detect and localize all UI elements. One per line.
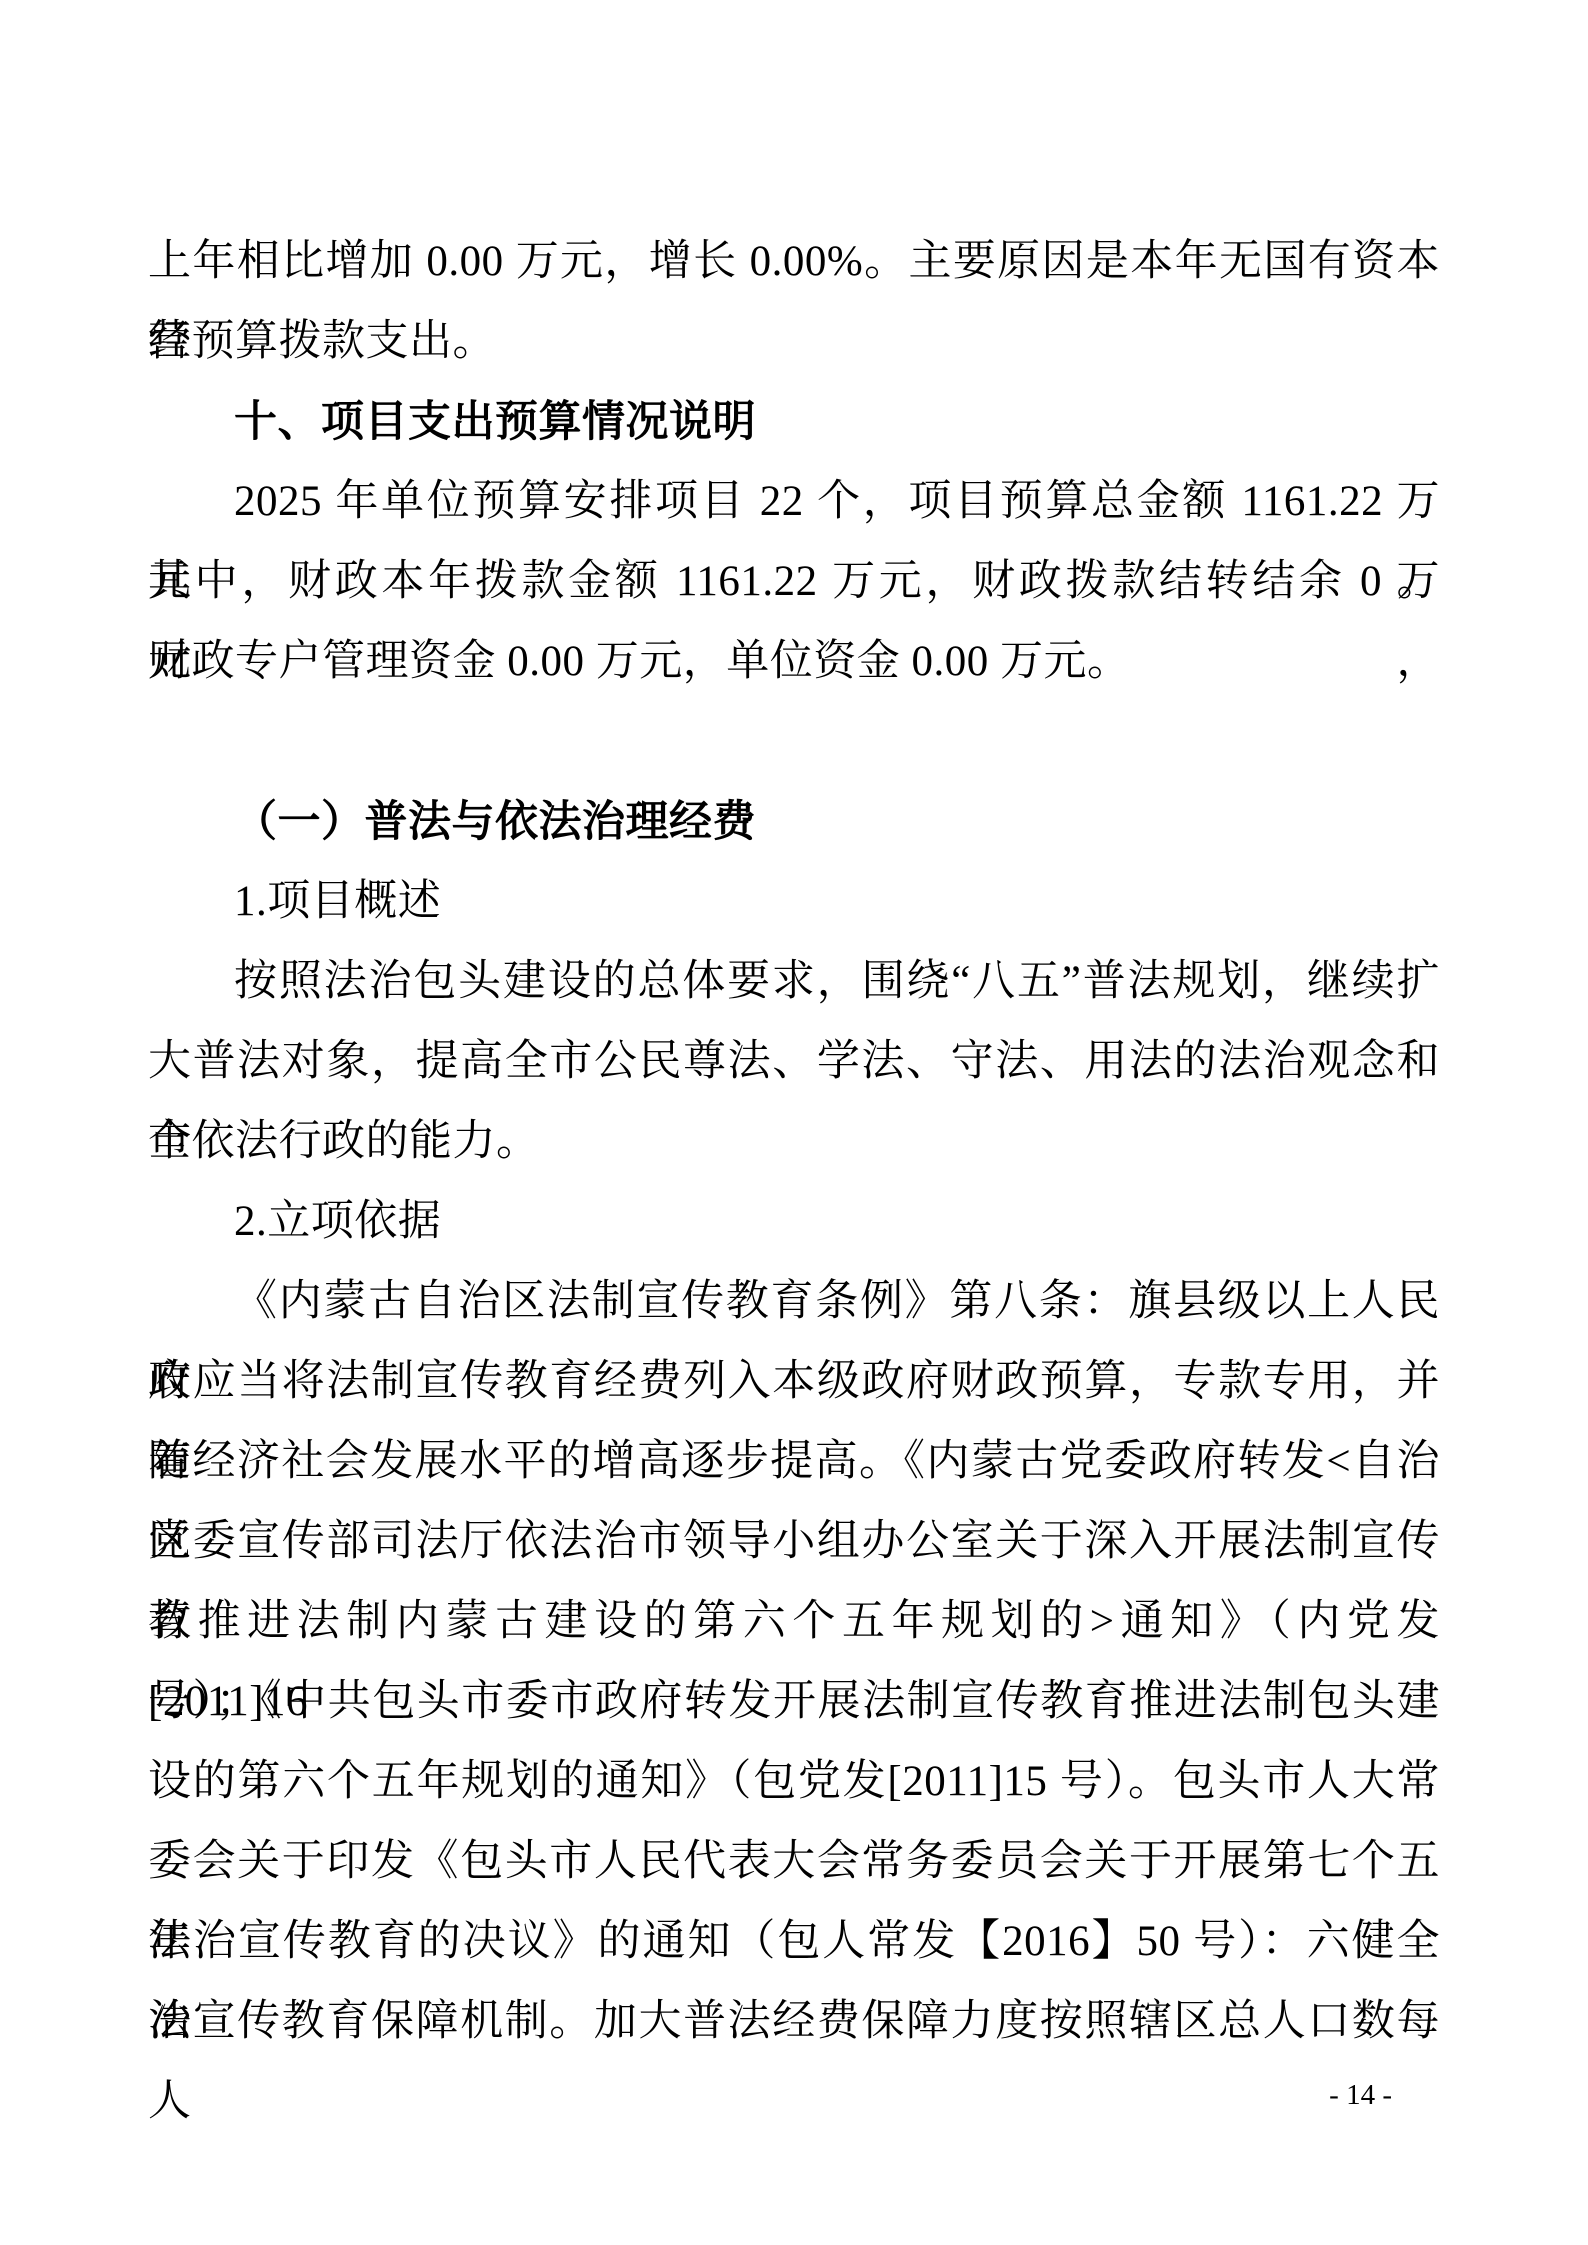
paragraph-line: 2025 年单位预算安排项目 22 个，项目预算总金额 1161.22 万元。 — [148, 462, 1440, 542]
paragraph-line: 育推进法制内蒙古建设的第六个五年规划的>通知》（内党发[2011]16 — [148, 1582, 1440, 1662]
paragraph-line: 《内蒙古自治区法制宣传教育条例》第八条：旗县级以上人民政 — [148, 1262, 1440, 1342]
page-number: - 14 - — [1329, 2078, 1392, 2112]
paragraph-line: 设的第六个五年规划的通知》（包党发[2011]15 号）。包头市人大常 — [148, 1742, 1440, 1822]
paragraph-line: 市依法行政的能力。 — [148, 1102, 1440, 1182]
subheading-project-basis: 2.立项依据 — [148, 1182, 1440, 1262]
paragraph-line: 法治宣传教育的决议》的通知（包人常发【2016】50 号）：六健全法 — [148, 1902, 1440, 1982]
paragraph-line: 号）；《中共包头市委市政府转发开展法制宣传教育推进法制包头建 — [148, 1662, 1440, 1742]
document-body: 上年相比增加 0.00 万元，增长 0.00%。主要原因是本年无国有资本经 营预… — [148, 222, 1440, 2062]
paragraph-line: 营预算拨款支出。 — [148, 302, 1440, 382]
paragraph-line: 委会关于印发《包头市人民代表大会常务委员会关于开展第七个五年 — [148, 1822, 1440, 1902]
paragraph-line: 其中，财政本年拨款金额 1161.22 万元，财政拨款结转结余 0 万元， — [148, 542, 1440, 622]
paragraph-line: 上年相比增加 0.00 万元，增长 0.00%。主要原因是本年无国有资本经 — [148, 222, 1440, 302]
subheading-project-overview: 1.项目概述 — [148, 862, 1440, 942]
blank-line — [148, 702, 1440, 782]
heading-subsection-one: （一）普法与依法治理经费 — [148, 782, 1440, 862]
paragraph-line: 按照法治包头建设的总体要求，围绕“八五”普法规划，继续扩 — [148, 942, 1440, 1022]
document-page: 上年相比增加 0.00 万元，增长 0.00%。主要原因是本年无国有资本经 营预… — [0, 0, 1588, 2245]
paragraph-line: 大普法对象，提高全市公民尊法、学法、守法、用法的法治观念和全 — [148, 1022, 1440, 1102]
paragraph-line: 治宣传教育保障机制。加大普法经费保障力度按照辖区总人口数每人 — [148, 1982, 1440, 2062]
paragraph-line: 党委宣传部司法厅依法治市领导小组办公室关于深入开展法制宣传教 — [148, 1502, 1440, 1582]
heading-section-ten: 十、项目支出预算情况说明 — [148, 382, 1440, 462]
paragraph-line: 府应当将法制宣传教育经费列入本级政府财政预算，专款专用，并随 — [148, 1342, 1440, 1422]
paragraph-line: 着经济社会发展水平的增高逐步提高。《内蒙古党委政府转发<自治区 — [148, 1422, 1440, 1502]
